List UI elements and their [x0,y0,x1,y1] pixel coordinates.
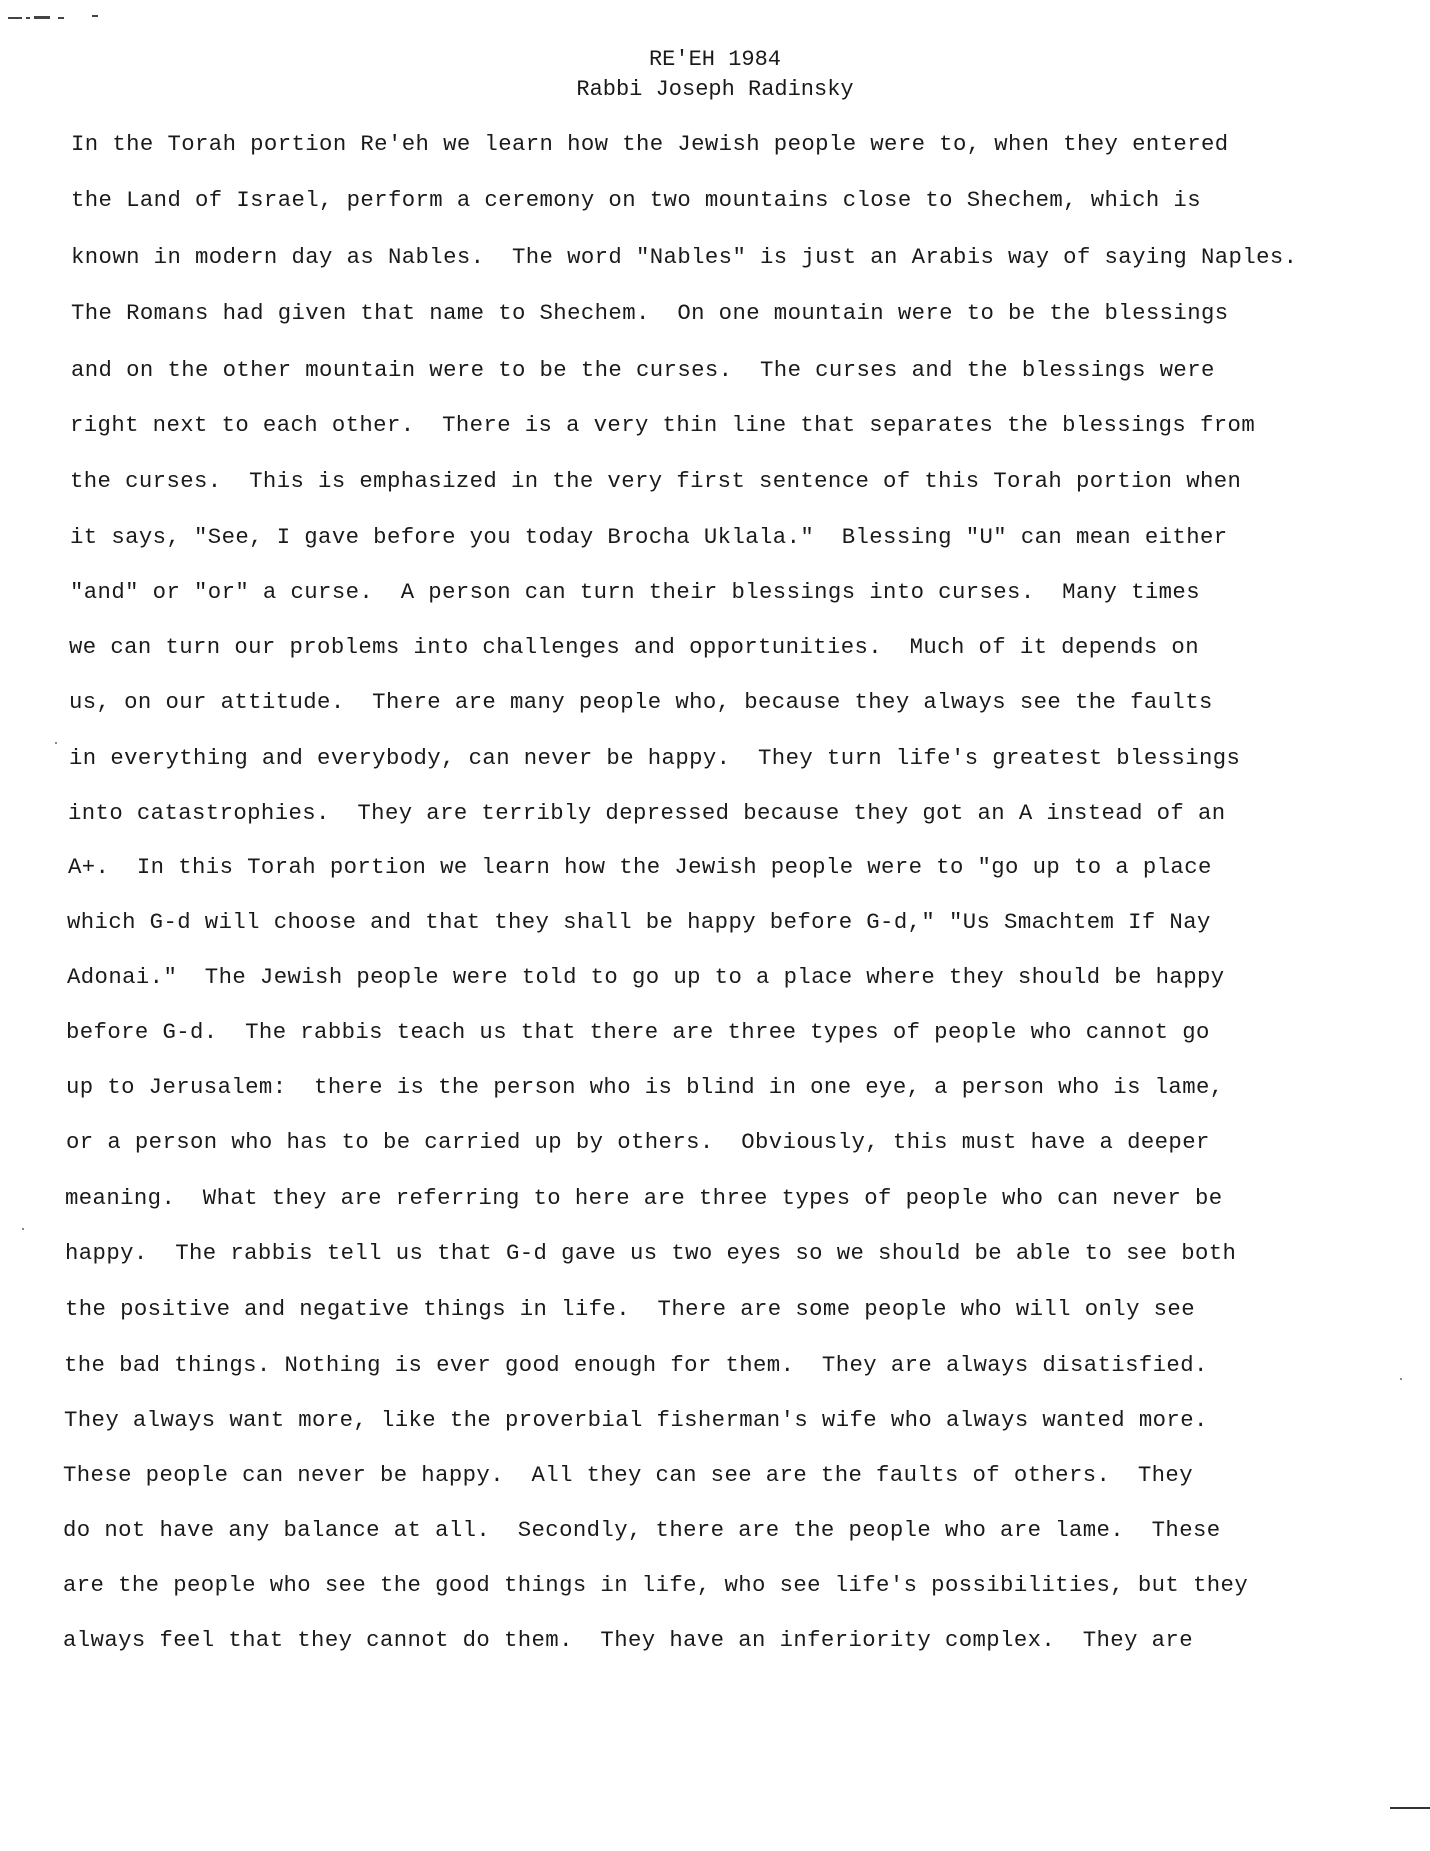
document-body: In the Torah portion Re'eh we learn how … [0,0,1430,1851]
text-line: meaning. What they are referring to here… [65,1184,1223,1212]
document-page: RE'EH 1984 Rabbi Joseph Radinsky In the … [0,0,1430,1851]
text-line: In the Torah portion Re'eh we learn how … [71,130,1229,158]
text-line: do not have any balance at all. Secondly… [63,1516,1221,1544]
text-line: are the people who see the good things i… [63,1571,1248,1599]
text-line: before G-d. The rabbis teach us that the… [66,1018,1210,1046]
scan-speck [22,1228,24,1230]
text-line: "and" or "or" a curse. A person can turn… [70,578,1200,606]
text-line: the curses. This is emphasized in the ve… [70,467,1241,495]
page-edge-rule [1390,1807,1430,1809]
text-line: always feel that they cannot do them. Th… [63,1626,1193,1654]
text-line: A+. In this Torah portion we learn how t… [68,853,1212,881]
text-line: and on the other mountain were to be the… [71,356,1215,384]
text-line: up to Jerusalem: there is the person who… [66,1073,1224,1101]
text-line: us, on our attitude. There are many peop… [69,688,1213,716]
text-line: known in modern day as Nables. The word … [71,243,1297,271]
text-line: it says, "See, I gave before you today B… [70,523,1228,551]
text-line: in everything and everybody, can never b… [69,744,1240,772]
text-line: The Romans had given that name to Sheche… [71,299,1229,327]
text-line: Adonai." The Jewish people were told to … [67,963,1225,991]
text-line: happy. The rabbis tell us that G-d gave … [65,1239,1236,1267]
text-line: They always want more, like the proverbi… [64,1406,1208,1434]
scan-speck [1400,1378,1402,1380]
text-line: These people can never be happy. All the… [63,1461,1193,1489]
text-line: right next to each other. There is a ver… [70,411,1255,439]
text-line: or a person who has to be carried up by … [66,1128,1210,1156]
text-line: the bad things. Nothing is ever good eno… [64,1351,1208,1379]
text-line: into catastrophies. They are terribly de… [68,799,1226,827]
text-line: the Land of Israel, perform a ceremony o… [71,186,1201,214]
text-line: which G-d will choose and that they shal… [67,908,1211,936]
text-line: the positive and negative things in life… [65,1295,1195,1323]
text-line: we can turn our problems into challenges… [69,633,1199,661]
scan-speck [55,742,57,744]
